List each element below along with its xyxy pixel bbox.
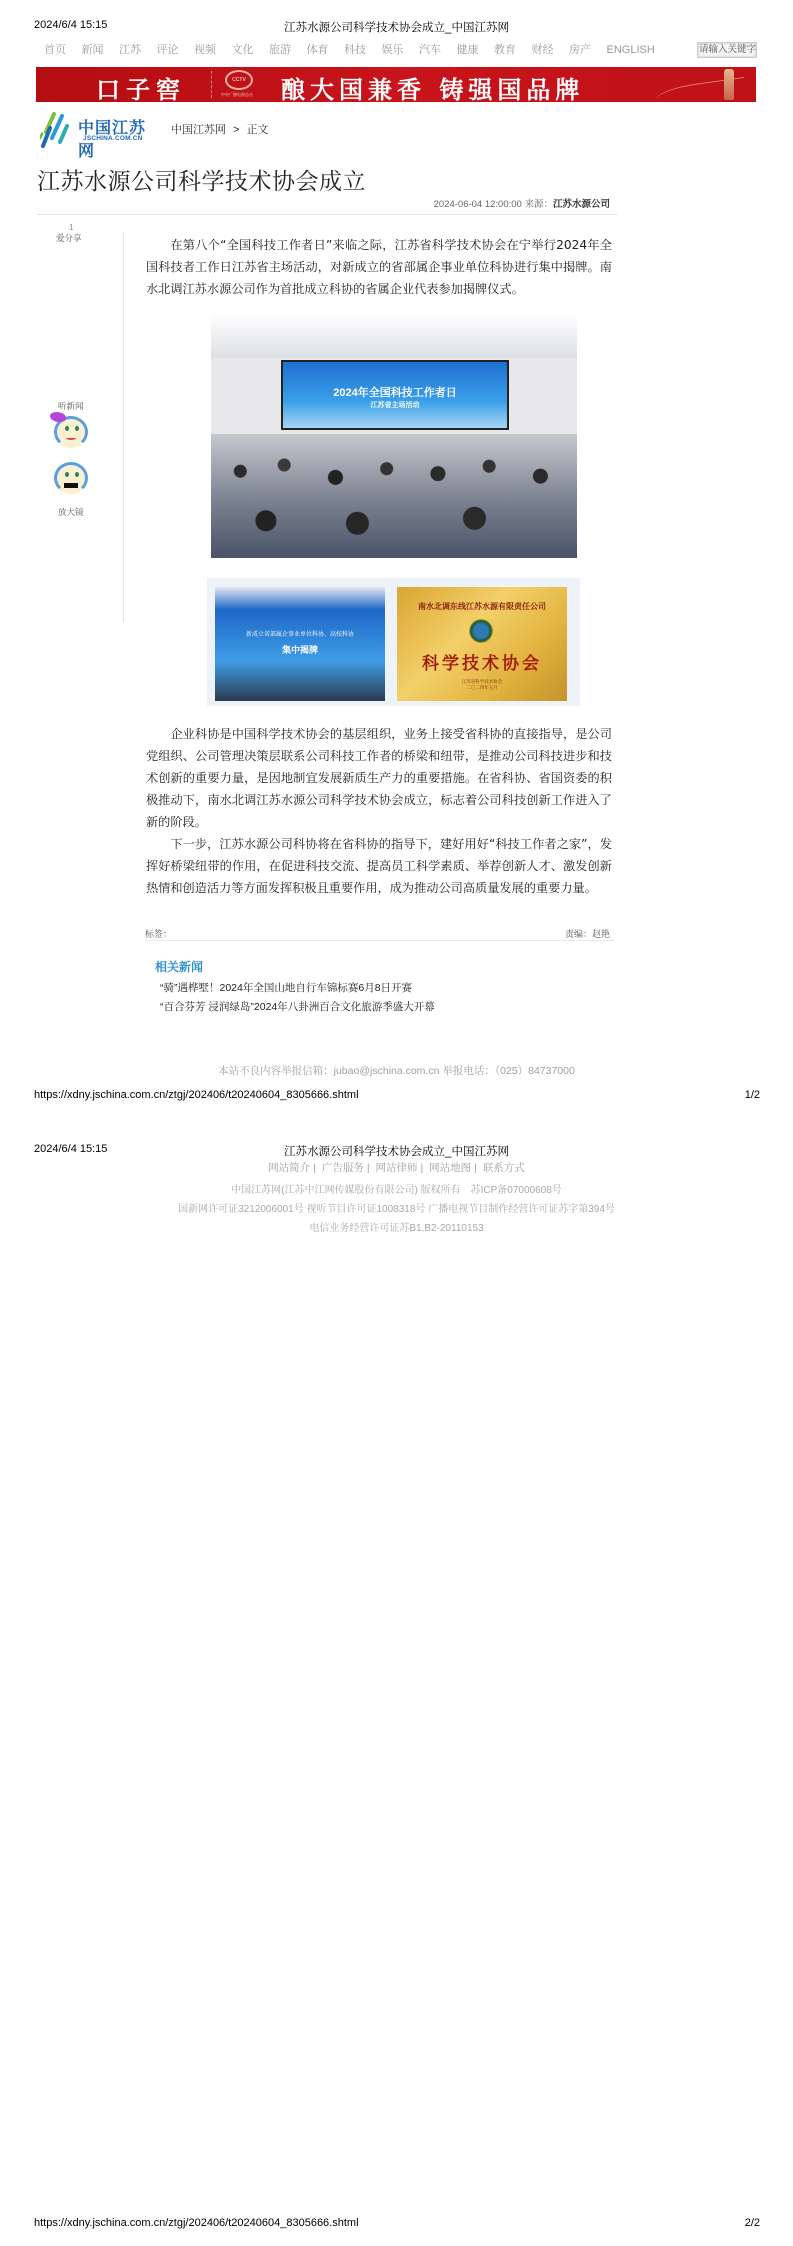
nav-item-culture[interactable]: 文化 bbox=[232, 43, 254, 57]
unveiling-stage-photo: 新成立省部属企事业单位科协、高校科协 集中揭牌 bbox=[215, 587, 385, 701]
nav-item-finance[interactable]: 财经 bbox=[532, 43, 554, 57]
breadcrumb: 中国江苏网 > 正文 bbox=[171, 121, 273, 137]
conference-photo: 2024年全国科技工作者日 江苏省主场活动 bbox=[211, 314, 577, 558]
related-news-list: “骑”遇桦墅！2024年全国山地自行车锦标赛6月8日开赛 “百合芬芳 浸润绿岛”… bbox=[160, 979, 435, 1017]
source-label: 来源： bbox=[524, 199, 553, 210]
search-input[interactable]: 请输入关键字搜 bbox=[697, 42, 757, 58]
magnifier-label: 放大镜 bbox=[58, 506, 84, 518]
editor-credit: 责编：赵艳 bbox=[565, 927, 610, 940]
article-source: 江苏水源公司 bbox=[553, 199, 610, 210]
site-logo[interactable]: 中国江苏网 JSCHINA.COM.CN bbox=[38, 110, 153, 148]
print-doc-title: 江苏水源公司科学技术协会成立_中国江苏网 bbox=[0, 19, 793, 35]
print-url: https://xdny.jschina.com.cn/ztgj/202406/… bbox=[34, 1089, 359, 1101]
nav-item-entertainment[interactable]: 娱乐 bbox=[382, 43, 404, 57]
print-footer: https://xdny.jschina.com.cn/ztgj/202406/… bbox=[0, 2217, 793, 2233]
unveiling-photos: 新成立省部属企事业单位科协、高校科协 集中揭牌 南水北调东线江苏水源有限责任公司… bbox=[207, 578, 580, 706]
banner-brand: 口子窖 bbox=[96, 70, 186, 102]
print-header: 2024/6/4 15:15 江苏水源公司科学技术协会成立_中国江苏网 bbox=[0, 1143, 793, 1159]
nav-item-education[interactable]: 教育 bbox=[494, 43, 516, 57]
logo-mark-icon bbox=[40, 112, 70, 148]
nav-item-video[interactable]: 视频 bbox=[194, 43, 216, 57]
footer-link-lawyer[interactable]: 网站律师 bbox=[376, 1162, 418, 1174]
plaque-photo: 南水北调东线江苏水源有限责任公司 科学技术协会 江苏省科学技术协会二〇二四年五月 bbox=[397, 587, 567, 701]
print-page-number: 1/2 bbox=[745, 1089, 760, 1101]
related-news-link[interactable]: “骑”遇桦墅！2024年全国山地自行车锦标赛6月8日开赛 bbox=[160, 979, 435, 998]
logo-text-en: JSCHINA.COM.CN bbox=[83, 135, 143, 142]
nav-item-realestate[interactable]: 房产 bbox=[569, 43, 591, 57]
nav-item-english[interactable]: ENGLISH bbox=[607, 43, 655, 57]
magnifier-icon[interactable] bbox=[50, 458, 92, 498]
footer-links: 网站简介| 广告服务| 网站律师| 网站地图| 联系方式 bbox=[0, 1160, 793, 1175]
tags-label: 标签： bbox=[145, 927, 172, 940]
footer-telecom: 电信业务经营许可证苏B1,B2-20110153 bbox=[0, 1219, 793, 1234]
cctv-badge-sub: 中央广播电视总台 bbox=[221, 92, 253, 98]
footer-link-ads[interactable]: 广告服务 bbox=[322, 1162, 364, 1174]
editor-label: 责编： bbox=[565, 929, 592, 939]
print-header: 2024/6/4 15:15 江苏水源公司科学技术协会成立_中国江苏网 bbox=[0, 19, 793, 35]
report-contact: 本站不良内容举报信箱：jubao@jschina.com.cn 举报电话：（02… bbox=[0, 1063, 793, 1078]
print-page-number: 2/2 bbox=[745, 2217, 760, 2229]
listen-news-label: 听新闻 bbox=[58, 400, 84, 412]
sidebar-divider bbox=[123, 232, 124, 622]
article-paragraph: 下一步，江苏水源公司科协将在省科协的指导下，建好用好“科技工作者之家”，发挥好桥… bbox=[146, 833, 612, 899]
print-footer: https://xdny.jschina.com.cn/ztgj/202406/… bbox=[0, 1089, 793, 1105]
article-paragraph: 企业科协是中国科学技术协会的基层组织，业务上接受省科协的直接指导，是公司党组织、… bbox=[146, 723, 612, 833]
top-nav: 首页 新闻 江苏 评论 视频 文化 旅游 体育 科技 娱乐 汽车 健康 教育 财… bbox=[44, 43, 764, 61]
article-title: 江苏水源公司科学技术协会成立 bbox=[37, 163, 366, 196]
cctv-badge-icon: CCTV bbox=[225, 70, 253, 90]
footer-link-about[interactable]: 网站简介 bbox=[268, 1162, 310, 1174]
nav-item-jiangsu[interactable]: 江苏 bbox=[119, 43, 141, 57]
footer-licenses: 国新网许可证3212006001号 视听节目许可证1008318号 广播电视节目… bbox=[0, 1200, 793, 1215]
print-url: https://xdny.jschina.com.cn/ztgj/202406/… bbox=[34, 2217, 359, 2229]
share-count: 1 bbox=[69, 223, 71, 232]
footer-divider bbox=[145, 940, 615, 941]
footer-link-sitemap[interactable]: 网站地图 bbox=[429, 1162, 471, 1174]
nav-item-home[interactable]: 首页 bbox=[44, 43, 66, 57]
banner-divider bbox=[211, 71, 212, 98]
nav-item-sports[interactable]: 体育 bbox=[307, 43, 329, 57]
related-news-link[interactable]: “百合芬芳 浸润绿岛”2024年八卦洲百合文化旅游季盛大开幕 bbox=[160, 998, 435, 1017]
nav-item-tech[interactable]: 科技 bbox=[344, 43, 366, 57]
nav-item-auto[interactable]: 汽车 bbox=[419, 43, 441, 57]
article-datetime: 2024-06-04 12:00:00 bbox=[434, 199, 522, 210]
print-doc-title: 江苏水源公司科学技术协会成立_中国江苏网 bbox=[0, 1143, 793, 1159]
editor-name: 赵艳 bbox=[592, 929, 610, 939]
breadcrumb-separator: > bbox=[233, 124, 239, 136]
breadcrumb-home[interactable]: 中国江苏网 bbox=[171, 124, 226, 136]
nav-item-health[interactable]: 健康 bbox=[457, 43, 479, 57]
banner-slogan: 酿大国兼香 铸强国品牌 bbox=[281, 70, 584, 102]
footer-copyright: 中国江苏网(江苏中江网传媒股份有限公司) 版权所有 苏ICP备07000608号 bbox=[0, 1181, 793, 1196]
banner-ad[interactable]: 口子窖 CCTV 中央广播电视总台 酿大国兼香 铸强国品牌 bbox=[36, 67, 756, 102]
nav-item-travel[interactable]: 旅游 bbox=[269, 43, 291, 57]
bottle-icon bbox=[724, 69, 734, 100]
article-paragraph: 在第八个“全国科技工作者日”来临之际，江苏省科学技术协会在宁举行2024年全国科… bbox=[146, 234, 612, 300]
breadcrumb-current: 正文 bbox=[247, 124, 269, 136]
share-button[interactable]: 爱分享 bbox=[56, 232, 82, 244]
related-news-heading: 相关新闻 bbox=[155, 958, 203, 975]
cast-emblem-icon bbox=[469, 619, 493, 643]
listen-news-icon[interactable] bbox=[50, 412, 92, 452]
nav-item-opinion[interactable]: 评论 bbox=[157, 43, 179, 57]
stage-screen: 2024年全国科技工作者日 江苏省主场活动 bbox=[281, 360, 509, 430]
article-meta: 2024-06-04 12:00:00 来源：江苏水源公司 bbox=[434, 196, 610, 210]
nav-item-news[interactable]: 新闻 bbox=[82, 43, 104, 57]
title-divider bbox=[37, 214, 617, 215]
footer-link-contact[interactable]: 联系方式 bbox=[483, 1162, 525, 1174]
